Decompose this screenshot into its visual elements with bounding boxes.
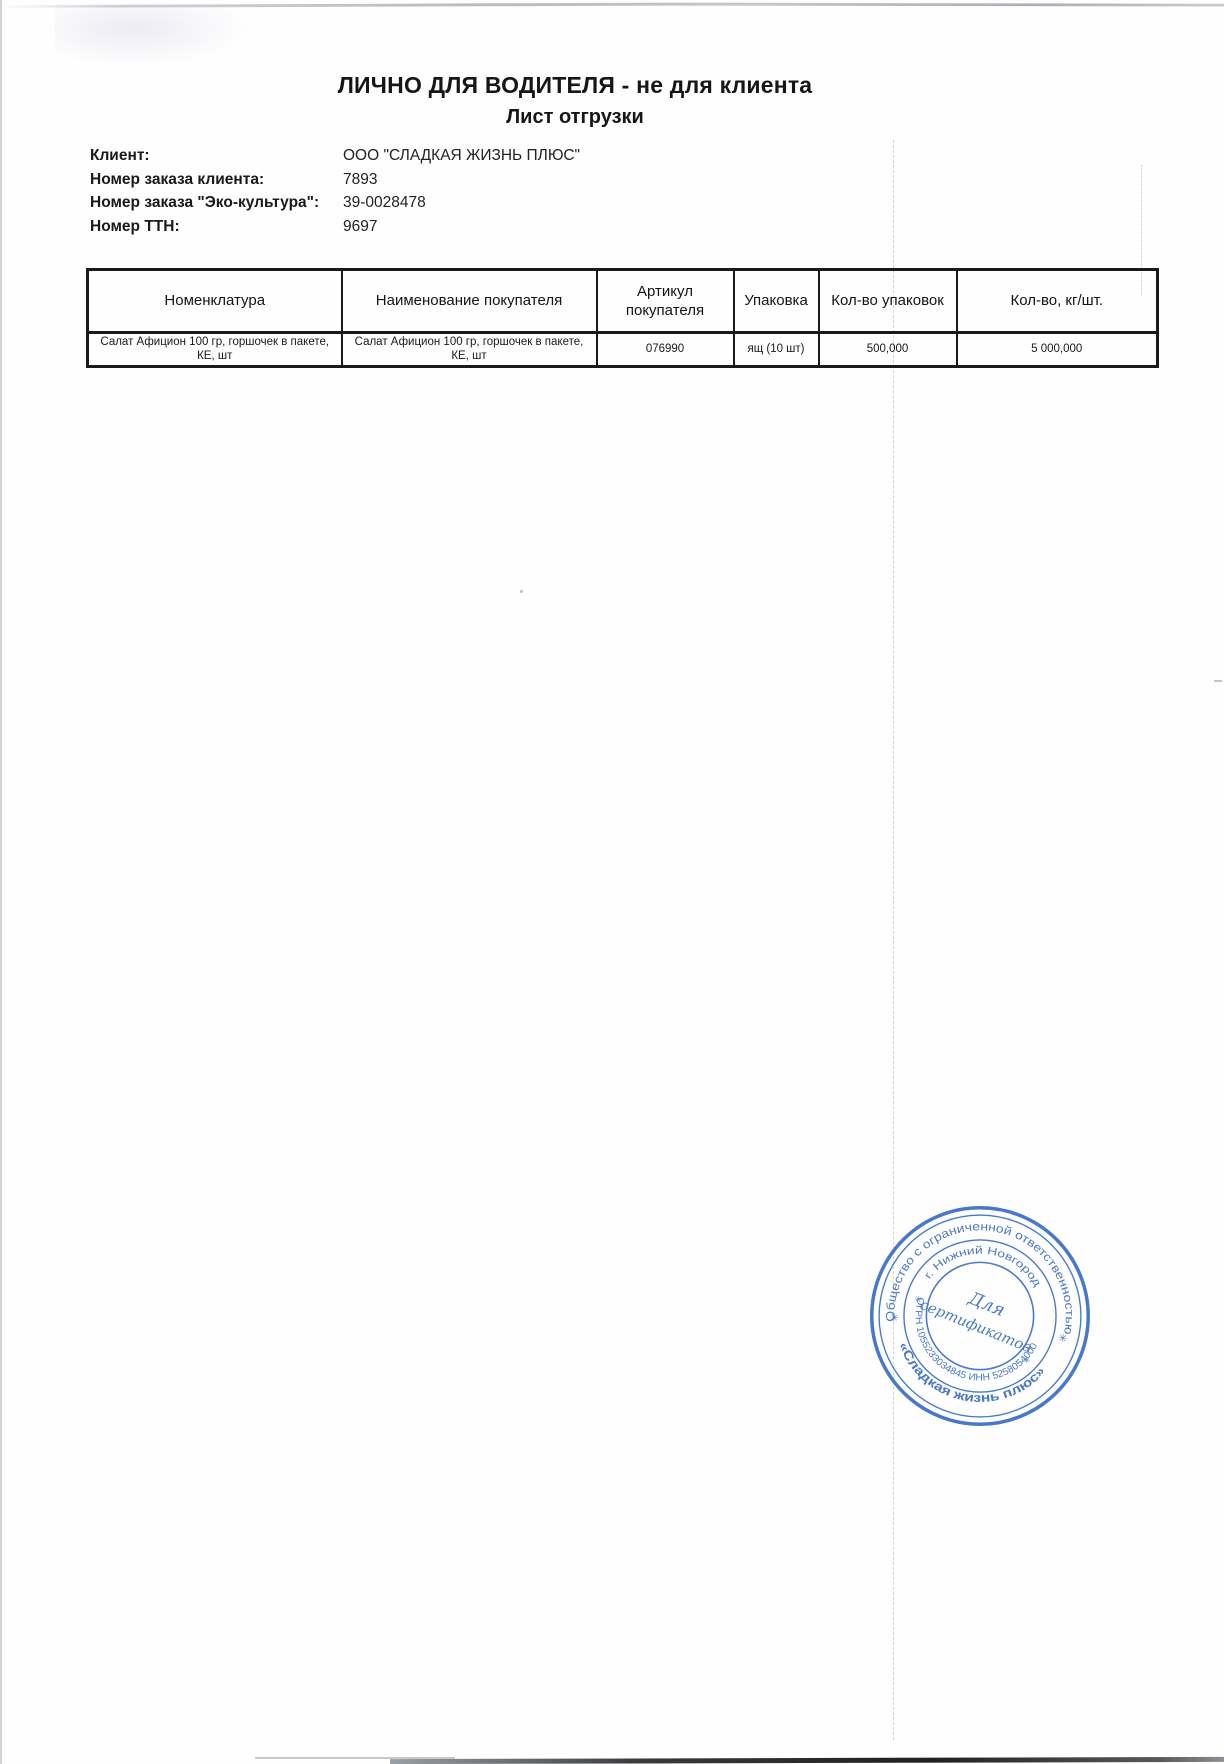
cell-packaging: ящ (10 шт) [734,333,819,367]
field-ecoculture-order-number-label: Номер заказа "Эко-культура": [90,191,343,215]
field-ttn-number-label: Номер ТТН: [90,215,343,239]
scan-bottom-edge-artifact [390,1757,1224,1764]
scan-dashed-line-artifact [893,140,894,1740]
scan-bottom-edge-light-artifact [255,1757,455,1759]
scan-speck [1214,680,1222,682]
scanned-shipping-sheet: ЛИЧНО ДЛЯ ВОДИТЕЛЯ - не для клиента Лист… [0,0,1224,1764]
cell-buyer-name: Салат Афицион 100 гр, горшочек в пакете,… [342,333,597,367]
field-ttn-number-value: 9697 [343,218,377,235]
stamp-star-inner-right-icon: ✳ [1022,1355,1031,1366]
scan-smudge-artifact [55,4,250,66]
scan-speck [520,590,523,593]
column-header-quantity: Кол-во, кг/шт. [957,270,1158,333]
document-subtitle: Лист отгрузки [0,106,1150,129]
column-header-buyer-name: Наименование покупателя [342,270,597,333]
column-header-buyer-article: Артикул покупателя [597,270,734,333]
field-client-order-number: Номер заказа клиента:7893 [90,168,580,192]
column-header-package-count: Кол-во упаковок [819,270,957,333]
field-client: Клиент:ООО "СЛАДКАЯ ЖИЗНЬ ПЛЮС" [90,144,580,168]
document-title: ЛИЧНО ДЛЯ ВОДИТЕЛЯ - не для клиента [0,72,1150,99]
field-ttn-number: Номер ТТН:9697 [90,215,580,239]
order-fields: Клиент:ООО "СЛАДКАЯ ЖИЗНЬ ПЛЮС" Номер за… [90,144,580,238]
table-row: Салат Афицион 100 гр, горшочек в пакете,… [88,333,1158,367]
field-client-order-number-label: Номер заказа клиента: [90,168,343,192]
field-ecoculture-order-number: Номер заказа "Эко-культура":39-0028478 [90,191,580,215]
field-client-value: ООО "СЛАДКАЯ ЖИЗНЬ ПЛЮС" [343,147,580,164]
stamp-star-outer-right-icon: ✳ [1057,1332,1067,1345]
cell-nomenclature: Салат Афицион 100 гр, горшочек в пакете,… [88,333,342,367]
field-client-order-number-value: 7893 [343,171,377,188]
company-round-stamp: Общество с ограниченной ответственностью… [863,1199,1097,1433]
cell-quantity: 5 000,000 [957,333,1158,367]
cell-package-count: 500,000 [819,333,957,367]
shipment-table: Номенклатура Наименование покупателя Арт… [86,268,1159,368]
field-ecoculture-order-number-value: 39-0028478 [343,194,426,211]
column-header-packaging: Упаковка [734,270,819,333]
table-header-row: Номенклатура Наименование покупателя Арт… [88,270,1158,333]
column-header-nomenclature: Номенклатура [88,270,342,333]
scan-left-edge-artifact [0,0,2,1764]
field-client-label: Клиент: [90,144,343,168]
cell-buyer-article: 076990 [597,333,734,367]
stamp-star-outer-left-icon: ✳ [889,1312,899,1325]
